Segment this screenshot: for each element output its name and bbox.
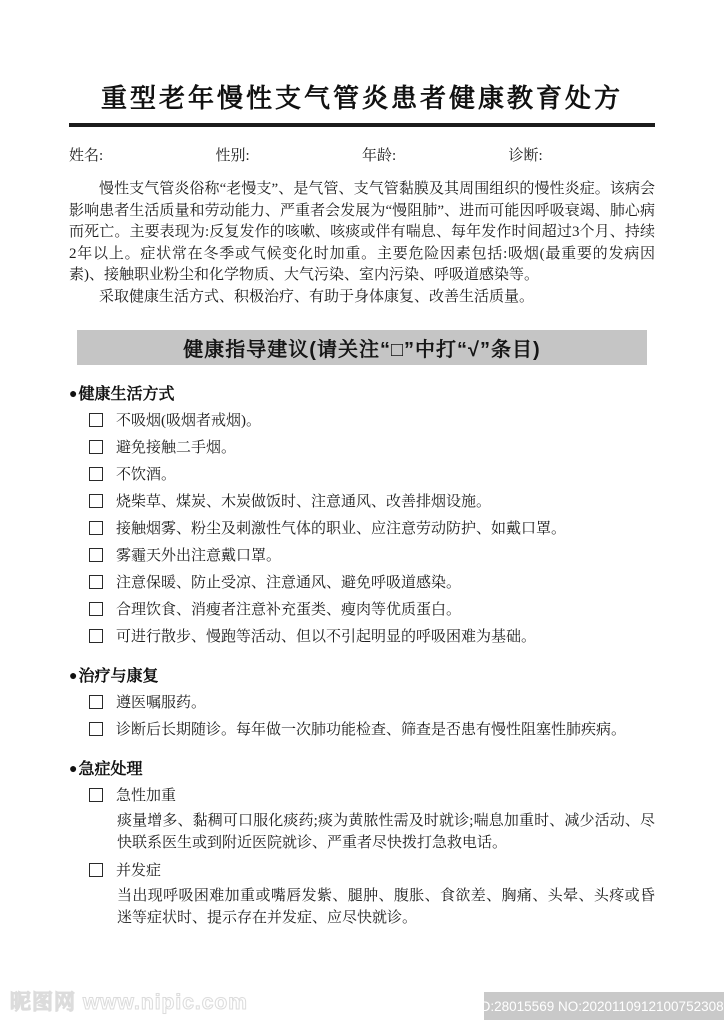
checklist-item: 并发症 xyxy=(69,861,655,881)
checklist-item: 急性加重 xyxy=(69,786,655,806)
checkbox[interactable] xyxy=(89,548,103,562)
checklist-item-label: 急性加重 xyxy=(116,786,655,806)
bullet-icon: ● xyxy=(69,760,77,776)
bullet-icon: ● xyxy=(69,667,77,683)
section-heading-label: 健康生活方式 xyxy=(78,381,174,404)
checklist-item: 遵医嘱服药。 xyxy=(69,693,655,713)
gender-value[interactable] xyxy=(250,142,362,160)
checklist-item: 不吸烟(吸烟者戒烟)。 xyxy=(69,411,655,431)
checklist-item-label: 可进行散步、慢跑等活动、但以不引起明显的呼吸困难为基础。 xyxy=(116,627,655,647)
section-heading-label: 治疗与康复 xyxy=(78,663,158,686)
image-id-bar: ID:28015569 NO:20201109121007523087 xyxy=(484,992,724,1020)
diagnosis-value[interactable] xyxy=(543,142,655,160)
checklist-item-label: 并发症 xyxy=(116,861,655,881)
intro-paragraph-2: 采取健康生活方式、积极治疗、有助于身体康复、改善生活质量。 xyxy=(69,287,655,309)
page-title: 重型老年慢性支气管炎患者健康教育处方 xyxy=(69,0,655,115)
checkbox[interactable] xyxy=(89,788,103,802)
checkbox[interactable] xyxy=(89,521,103,535)
diagnosis-field: 诊断: xyxy=(509,142,656,165)
checklist-item: 接触烟雾、粉尘及刺激性气体的职业、应注意劳动防护、如戴口罩。 xyxy=(69,519,655,539)
checklist-item-label: 遵医嘱服药。 xyxy=(116,693,655,713)
checklist-item-label: 不饮酒。 xyxy=(116,465,655,485)
guidance-banner: 健康指导建议(请关注“□”中打“√”条目) xyxy=(77,330,647,365)
checklist-item: 烧柴草、煤炭、木炭做饭时、注意通风、改善排烟设施。 xyxy=(69,492,655,512)
gender-label: 性别: xyxy=(216,144,250,165)
document-page: 重型老年慢性支气管炎患者健康教育处方 姓名: 性别: 年龄: 诊断: 慢性支气管… xyxy=(0,0,724,1024)
section-healthy-lifestyle: ● 健康生活方式 不吸烟(吸烟者戒烟)。 避免接触二手烟。 不饮酒。 烧柴草、煤… xyxy=(69,381,655,647)
checklist-item-label: 诊断后长期随诊。每年做一次肺功能检查、筛查是否患有慢性阻塞性肺疾病。 xyxy=(116,720,655,740)
age-field: 年龄: xyxy=(362,142,509,165)
checklist-item-label: 烧柴草、煤炭、木炭做饭时、注意通风、改善排烟设施。 xyxy=(116,492,655,512)
age-value[interactable] xyxy=(396,142,508,160)
checklist-item-label: 不吸烟(吸烟者戒烟)。 xyxy=(116,411,655,431)
section-emergency: ● 急症处理 急性加重 痰量增多、黏稠可口服化痰药;痰为黄脓性需及时就诊;喘息加… xyxy=(69,756,655,929)
diagnosis-label: 诊断: xyxy=(509,144,543,165)
nipic-watermark: 昵图网 www.nipic.com xyxy=(10,986,248,1016)
checkbox[interactable] xyxy=(89,467,103,481)
guidance-banner-label: 健康指导建议(请关注“□”中打“√”条目) xyxy=(183,333,540,362)
checkbox[interactable] xyxy=(89,629,103,643)
checklist-item-label: 注意保暖、防止受凉、注意通风、避免呼吸道感染。 xyxy=(116,573,655,593)
checkbox[interactable] xyxy=(89,575,103,589)
checklist-item: 合理饮食、消瘦者注意补充蛋类、瘦肉等优质蛋白。 xyxy=(69,600,655,620)
checklist-item-label: 接触烟雾、粉尘及刺激性气体的职业、应注意劳动防护、如戴口罩。 xyxy=(116,519,655,539)
checklist-item: 不饮酒。 xyxy=(69,465,655,485)
checklist-item-detail: 痰量增多、黏稠可口服化痰药;痰为黄脓性需及时就诊;喘息加重时、减少活动、尽快联系… xyxy=(69,810,655,854)
section-heading: ● 急症处理 xyxy=(69,756,655,779)
section-heading: ● 健康生活方式 xyxy=(69,381,655,404)
checklist-item-label: 合理饮食、消瘦者注意补充蛋类、瘦肉等优质蛋白。 xyxy=(116,600,655,620)
bullet-icon: ● xyxy=(69,385,77,401)
section-treatment-rehab: ● 治疗与康复 遵医嘱服药。 诊断后长期随诊。每年做一次肺功能检查、筛查是否患有… xyxy=(69,663,655,740)
checklist-item: 注意保暖、防止受凉、注意通风、避免呼吸道感染。 xyxy=(69,573,655,593)
checkbox[interactable] xyxy=(89,722,103,736)
checklist-item: 可进行散步、慢跑等活动、但以不引起明显的呼吸困难为基础。 xyxy=(69,627,655,647)
checklist-item-label: 雾霾天外出注意戴口罩。 xyxy=(116,546,655,566)
section-heading-label: 急症处理 xyxy=(78,756,142,779)
checkbox[interactable] xyxy=(89,863,103,877)
age-label: 年龄: xyxy=(362,144,396,165)
checkbox[interactable] xyxy=(89,413,103,427)
name-field: 姓名: xyxy=(69,142,216,165)
checklist-item-label: 避免接触二手烟。 xyxy=(116,438,655,458)
checklist-item: 避免接触二手烟。 xyxy=(69,438,655,458)
title-divider xyxy=(69,123,655,127)
checklist-item: 雾霾天外出注意戴口罩。 xyxy=(69,546,655,566)
patient-fields: 姓名: 性别: 年龄: 诊断: xyxy=(69,142,655,165)
intro-text: 慢性支气管炎俗称“老慢支”、是气管、支气管黏膜及其周围组织的慢性炎症。该病会影响… xyxy=(69,179,655,308)
intro-paragraph-1: 慢性支气管炎俗称“老慢支”、是气管、支气管黏膜及其周围组织的慢性炎症。该病会影响… xyxy=(69,179,655,287)
section-heading: ● 治疗与康复 xyxy=(69,663,655,686)
gender-field: 性别: xyxy=(216,142,363,165)
checkbox[interactable] xyxy=(89,440,103,454)
checklist-item: 诊断后长期随诊。每年做一次肺功能检查、筛查是否患有慢性阻塞性肺疾病。 xyxy=(69,720,655,740)
checkbox[interactable] xyxy=(89,695,103,709)
name-value[interactable] xyxy=(103,142,215,160)
checklist-item-detail: 当出现呼吸困难加重或嘴唇发紫、腿肿、腹胀、食欲差、胸痛、头晕、头疼或昏迷等症状时… xyxy=(69,885,655,929)
checkbox[interactable] xyxy=(89,602,103,616)
checkbox[interactable] xyxy=(89,494,103,508)
name-label: 姓名: xyxy=(69,144,103,165)
